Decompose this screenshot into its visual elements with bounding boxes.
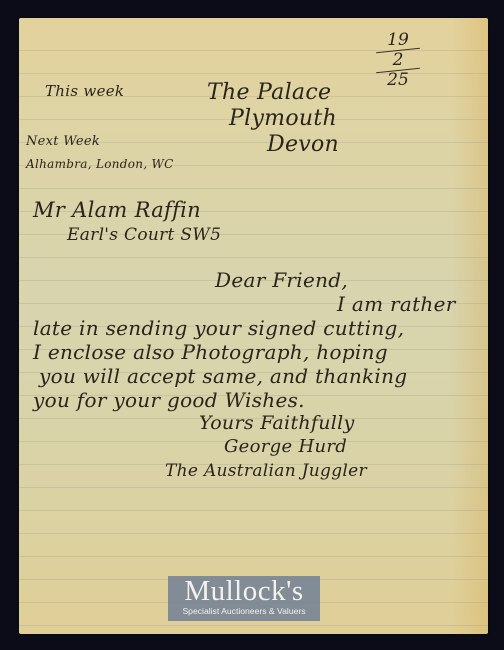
body-line: you will accept same, and thanking: [39, 364, 407, 388]
sender-address-line1: The Palace: [207, 80, 331, 105]
letter-date: 19 2 25: [368, 32, 428, 89]
date-month: 2: [368, 52, 428, 69]
signature-title: The Australian Juggler: [165, 461, 367, 481]
letter-sheet: 19 2 25 This week The Palace Plymouth De…: [19, 18, 488, 634]
this-week-label: This week: [45, 82, 124, 100]
sender-address-line2: Plymouth: [229, 106, 337, 131]
recipient-address: Earl's Court SW5: [67, 225, 221, 245]
watermark-title: Mullock's: [168, 576, 320, 606]
closing: Yours Faithfully: [199, 412, 355, 434]
salutation: Dear Friend,: [215, 268, 348, 292]
next-week-label: Next Week: [26, 134, 100, 149]
auction-watermark: Mullock's Specialist Auctioneers & Value…: [168, 576, 320, 621]
recipient-name: Mr Alam Raffin: [33, 198, 201, 222]
body-line: late in sending your signed cutting,: [33, 316, 404, 340]
sender-address-line3: Devon: [267, 132, 339, 157]
scan-background: 19 2 25 This week The Palace Plymouth De…: [0, 0, 504, 650]
date-day: 19: [368, 32, 428, 49]
next-week-venue: Alhambra, London, WC: [26, 157, 174, 171]
body-line: I am rather: [337, 292, 456, 316]
watermark-subtitle: Specialist Auctioneers & Valuers: [168, 606, 320, 617]
body-line: I enclose also Photograph, hoping: [33, 340, 388, 364]
date-year: 25: [368, 72, 428, 89]
signature: George Hurd: [224, 436, 347, 457]
body-line: you for your good Wishes.: [33, 388, 305, 412]
